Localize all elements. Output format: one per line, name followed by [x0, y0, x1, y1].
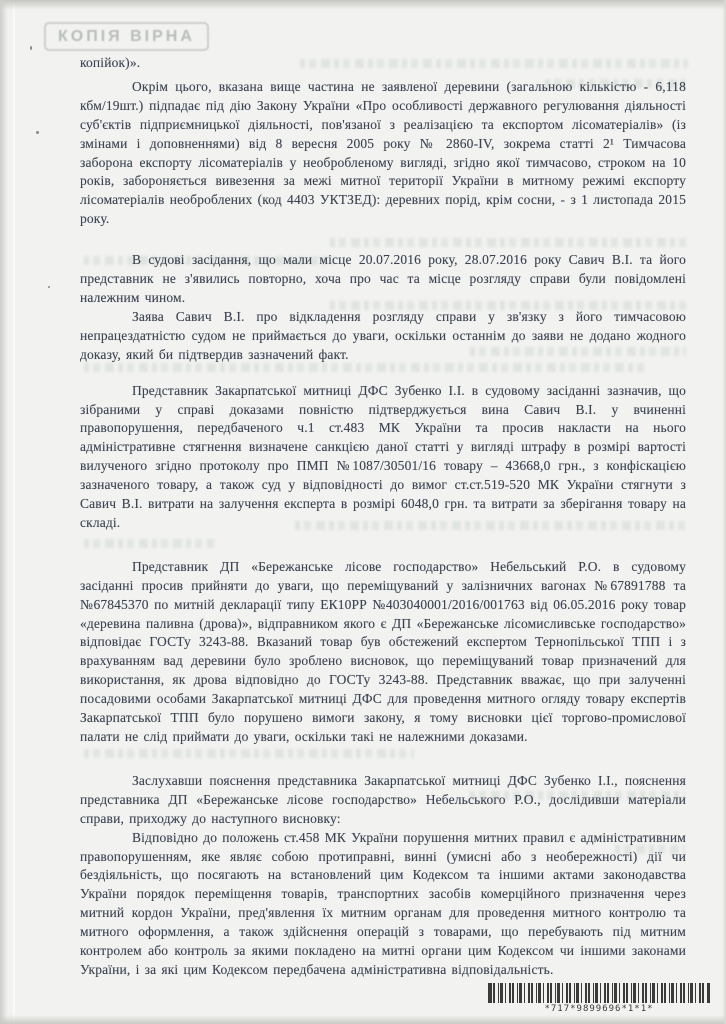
scan-speck [48, 286, 50, 288]
paragraph-law-export-ban: Окрім цього, вказана вище частина не зая… [80, 78, 686, 229]
paragraph-continuation: копійок)». [80, 54, 686, 73]
scanner-edge-bottom [0, 1015, 726, 1024]
scanner-edge-right [722, 0, 726, 1024]
page-edge-fold [13, 0, 15, 1024]
paragraph-customs-representative: Представник Закарпатської митниці ДФС Зу… [80, 382, 686, 533]
document-text-block: копійок)». Окрім цього, вказана вище час… [80, 54, 686, 979]
barcode-number: *717*9899696*1*1* [488, 1004, 710, 1014]
paragraph-forestry-representative: Представник ДП «Бережанське лісове госпо… [80, 558, 686, 747]
paragraph-motion-rejected: Заява Савич В.І. про відкладення розгляд… [80, 308, 686, 365]
paragraph-court-hearings: В судові засідання, що мали місце 20.07.… [80, 251, 686, 308]
scanner-edge-left [0, 0, 8, 1024]
scanner-edge-top [0, 0, 726, 10]
paragraph-article-458: Відповідно до положень ст.458 МК України… [80, 829, 686, 979]
scan-speck [30, 46, 32, 50]
scan-speck [36, 131, 39, 134]
barcode: *717*9899696*1*1* [488, 983, 710, 1014]
scanned-page: КОПІЯ ВІРНА копійок)». Окрім цього, вказ… [0, 0, 726, 1024]
copy-certified-stamp: КОПІЯ ВІРНА [44, 22, 209, 51]
paragraph-conclusion-intro: Заслухавши пояснення представника Закарп… [80, 772, 686, 829]
barcode-bars [488, 983, 710, 1003]
